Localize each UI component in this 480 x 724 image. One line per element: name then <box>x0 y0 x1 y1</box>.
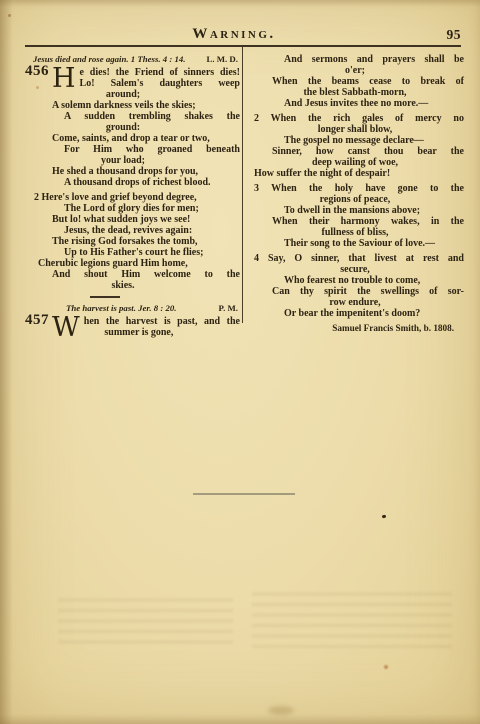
verse-line-text: 2 Here's love and grief beyond degree, <box>34 192 197 203</box>
meter-label: P. M. <box>219 303 238 313</box>
verse-line: And Jesus invites thee no more.— <box>254 98 464 109</box>
verse-line-text: When their harmony wakes, in the <box>272 216 464 227</box>
hymn-column-right: And sermons and prayers shall beo'er;Whe… <box>254 54 464 334</box>
verse-line: When their harmony wakes, in the <box>254 216 464 227</box>
paper-smudge <box>268 706 294 715</box>
verse-line: fullness of bliss, <box>254 227 464 238</box>
hymn-stanza: 3 When the holy have gone to theregions … <box>254 183 464 249</box>
verse-line-text: Jesus, the dead, revives again: <box>64 225 192 236</box>
verse-line: hen the harvest is past, and the <box>52 316 240 327</box>
verse-line: Or bear the impenitent's doom? <box>254 308 464 319</box>
verse-line-text: Who fearest no trouble to come, <box>284 275 420 286</box>
hymn-stanza: 4 Say, O sinner, that livest at rest and… <box>254 253 464 319</box>
verse-line: How suffer the night of despair! <box>254 168 464 179</box>
verse-line-text: But lo! what sudden joys we see! <box>52 214 190 225</box>
verse-line: The rising God forsakes the tomb, <box>52 236 240 247</box>
verse-line-text: How suffer the night of despair! <box>254 168 390 179</box>
verse-line: summer is gone, <box>52 327 240 338</box>
verse-line: A solemn darkness veils the skies; <box>52 100 240 111</box>
verse-line-text: The gospel no message declare— <box>284 135 424 146</box>
verse-line: around; <box>52 89 240 100</box>
ghost-rule-artifact <box>193 493 295 495</box>
verse-line: The gospel no message declare— <box>254 135 464 146</box>
verse-line: When the beams cease to break of <box>254 76 464 87</box>
hymnal-page-scan: Warning. 95 Jesus died and rose again. 1… <box>0 0 480 724</box>
verse-line-text: To dwell in the mansions above; <box>284 205 420 216</box>
page-edge-shadow-bottom <box>0 714 480 724</box>
fox-spot <box>8 14 11 17</box>
verse-line: e dies! the Friend of sinners dies! <box>52 67 240 78</box>
verse-line-text: o'er; <box>345 65 365 76</box>
meter-label: L. M. D. <box>206 54 238 64</box>
verse-line: The Lord of glory dies for men; <box>52 203 240 214</box>
verse-line-text: 2 When the rich gales of mercy no <box>254 113 464 124</box>
verse-line-text: regions of peace, <box>320 194 391 205</box>
verse-line-text: longer shall blow, <box>318 124 393 135</box>
verse-line: your load; <box>52 155 240 166</box>
verse-line: o'er; <box>254 65 464 76</box>
verse-line: But lo! what sudden joys we see! <box>52 214 240 225</box>
verse-line-text: 3 When the holy have gone to the <box>254 183 464 194</box>
verse-line-text: He shed a thousand drops for you, <box>52 166 198 177</box>
verse-line: A thousand drops of richest blood. <box>52 177 240 188</box>
verse-line: secure, <box>254 264 464 275</box>
verse-line-text: A solemn darkness veils the skies; <box>52 100 196 111</box>
verse-line: And sermons and prayers shall be <box>254 54 464 65</box>
verse-line-text: The Lord of glory dies for men; <box>64 203 199 214</box>
fox-spot <box>36 86 39 89</box>
page-edge-shadow-left <box>0 0 13 724</box>
verse-line: Jesus, the dead, revives again: <box>52 225 240 236</box>
verse-line: skies. <box>52 280 240 291</box>
verse-line: longer shall blow, <box>254 124 464 135</box>
show-through-text-right <box>252 592 452 650</box>
page-edge-shadow-top <box>0 0 480 7</box>
dropcap-initial: W <box>52 317 80 338</box>
verse-line: A sudden trembling shakes the <box>52 111 240 122</box>
verse-line: 2 When the rich gales of mercy no <box>254 113 464 124</box>
scripture-caption: The harvest is past. Jer. 8 : 20. <box>66 303 176 313</box>
verse-line: Up to His Father's court he flies; <box>52 247 240 258</box>
verse-line: the blest Sabbath-morn, <box>254 87 464 98</box>
verse-line-text: row endure, <box>329 297 380 308</box>
hymn-stanza: 457When the harvest is past, and thesumm… <box>52 316 240 338</box>
verse-line: Sinner, how canst thou bear the <box>254 146 464 157</box>
verse-line-text: Sinner, how canst thou bear the <box>272 146 464 157</box>
verse-line-text: And sermons and prayers shall be <box>284 54 464 65</box>
running-head: Warning. <box>192 26 275 43</box>
verse-line-text: And Jesus invites thee no more.— <box>284 98 428 109</box>
verse-line: 4 Say, O sinner, that livest at rest and <box>254 253 464 264</box>
verse-line-text: deep wailing of woe, <box>312 157 398 168</box>
verse-line: To dwell in the mansions above; <box>254 205 464 216</box>
header-rule <box>25 45 461 47</box>
verse-line-text: Up to His Father's court he flies; <box>64 247 203 258</box>
verse-line-text: summer is gone, <box>104 327 173 338</box>
dropcap-initial: H <box>52 68 76 89</box>
verse-line-text: skies. <box>111 280 134 291</box>
verse-line-text: hen the harvest is past, and the <box>84 316 240 327</box>
hymn-stanza: 2 When the rich gales of mercy nolonger … <box>254 113 464 179</box>
hymn-column-left: Jesus died and rose again. 1 Thess. 4 : … <box>28 54 240 342</box>
hymn-number: 456 <box>25 66 49 77</box>
verse-line-text: Or bear the impenitent's doom? <box>284 308 420 319</box>
verse-line: regions of peace, <box>254 194 464 205</box>
verse-line-text: Lo! Salem's daughters weep <box>80 78 240 89</box>
verse-line-text: A sudden trembling shakes the <box>64 111 240 122</box>
verse-line-text: And shout Him welcome to the <box>52 269 240 280</box>
verse-line-text: For Him who groaned beneath <box>64 144 240 155</box>
verse-line-text: ground: <box>106 122 140 133</box>
verse-line: He shed a thousand drops for you, <box>52 166 240 177</box>
verse-line-text: Can thy spirit the swellings of sor- <box>272 286 464 297</box>
hymn-stanza: And sermons and prayers shall beo'er;Whe… <box>254 54 464 109</box>
verse-line-text: around; <box>106 89 140 100</box>
verse-line: row endure, <box>254 297 464 308</box>
show-through-text-left <box>58 598 233 646</box>
page-number: 95 <box>447 27 462 43</box>
verse-line: For Him who groaned beneath <box>52 144 240 155</box>
verse-line-text: Their song to the Saviour of love.— <box>284 238 435 249</box>
verse-line-text: When the beams cease to break of <box>272 76 464 87</box>
verse-line: Their song to the Saviour of love.— <box>254 238 464 249</box>
verse-line-text: secure, <box>340 264 370 275</box>
verse-line-text: A thousand drops of richest blood. <box>64 177 211 188</box>
verse-line-text: Cherubic legions guard Him home, <box>38 258 188 269</box>
hymn-number: 457 <box>25 315 49 326</box>
verse-line-text: the blest Sabbath-morn, <box>303 87 406 98</box>
verse-line: 3 When the holy have gone to the <box>254 183 464 194</box>
hymn-stanza: 456He dies! the Friend of sinners dies!L… <box>52 67 240 188</box>
verse-line-text: fullness of bliss, <box>322 227 389 238</box>
verse-line: And shout Him welcome to the <box>52 269 240 280</box>
verse-line: Who fearest no trouble to come, <box>254 275 464 286</box>
verse-line: Cherubic legions guard Him home, <box>52 258 240 269</box>
section-rule <box>90 296 120 298</box>
verse-line-text: 4 Say, O sinner, that livest at rest and <box>254 253 464 264</box>
attribution-line: Samuel Francis Smith, b. 1808. <box>254 323 464 334</box>
column-divider-rule <box>242 47 243 323</box>
verse-line: Lo! Salem's daughters weep <box>52 78 240 89</box>
verse-line: Come, saints, and drop a tear or two, <box>52 133 240 144</box>
verse-line: 2 Here's love and grief beyond degree, <box>52 192 240 203</box>
verse-line-text: e dies! the Friend of sinners dies! <box>80 67 240 78</box>
fox-spot <box>383 664 389 670</box>
ink-speck <box>382 515 387 519</box>
verse-line-text: Come, saints, and drop a tear or two, <box>52 133 210 144</box>
verse-line: Can thy spirit the swellings of sor- <box>254 286 464 297</box>
verse-line-text: The rising God forsakes the tomb, <box>52 236 198 247</box>
hymn-stanza: 2 Here's love and grief beyond degree,Th… <box>52 192 240 291</box>
verse-line: ground: <box>52 122 240 133</box>
verse-line: deep wailing of woe, <box>254 157 464 168</box>
verse-line-text: your load; <box>101 155 145 166</box>
